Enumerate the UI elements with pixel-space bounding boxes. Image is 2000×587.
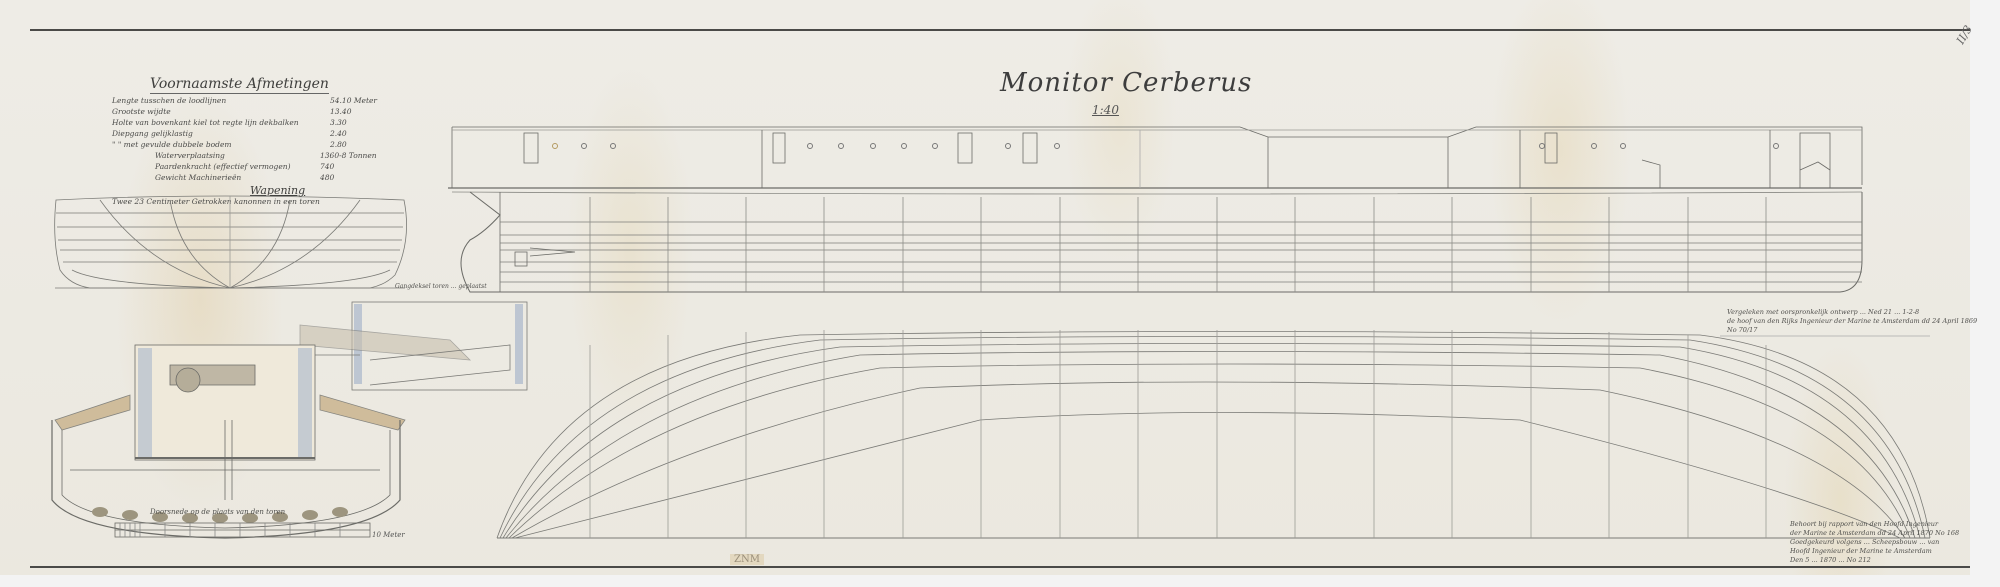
archive-stamp: ZNM [730,554,764,565]
scale-bar [115,523,370,537]
body-plan [55,196,407,288]
approval-note: Behoort bij rapport van den Hoofd Ingeni… [1790,520,1959,565]
ship-plan-drawings [0,0,2000,587]
turret-section-caption: Doorsnede op de plaats van den toren [150,508,285,516]
profile-view [448,127,1862,292]
gun-detail-label: Gangdeksel toren ... geplaatst [395,282,487,291]
scale-bar-unit: 10 Meter [372,531,405,539]
elevation-revision-note: Vergeleken met oorspronkelijk ontwerp ..… [1727,308,1977,335]
gun-mounting-detail [300,302,527,390]
half-breadth-plan [497,330,1930,538]
